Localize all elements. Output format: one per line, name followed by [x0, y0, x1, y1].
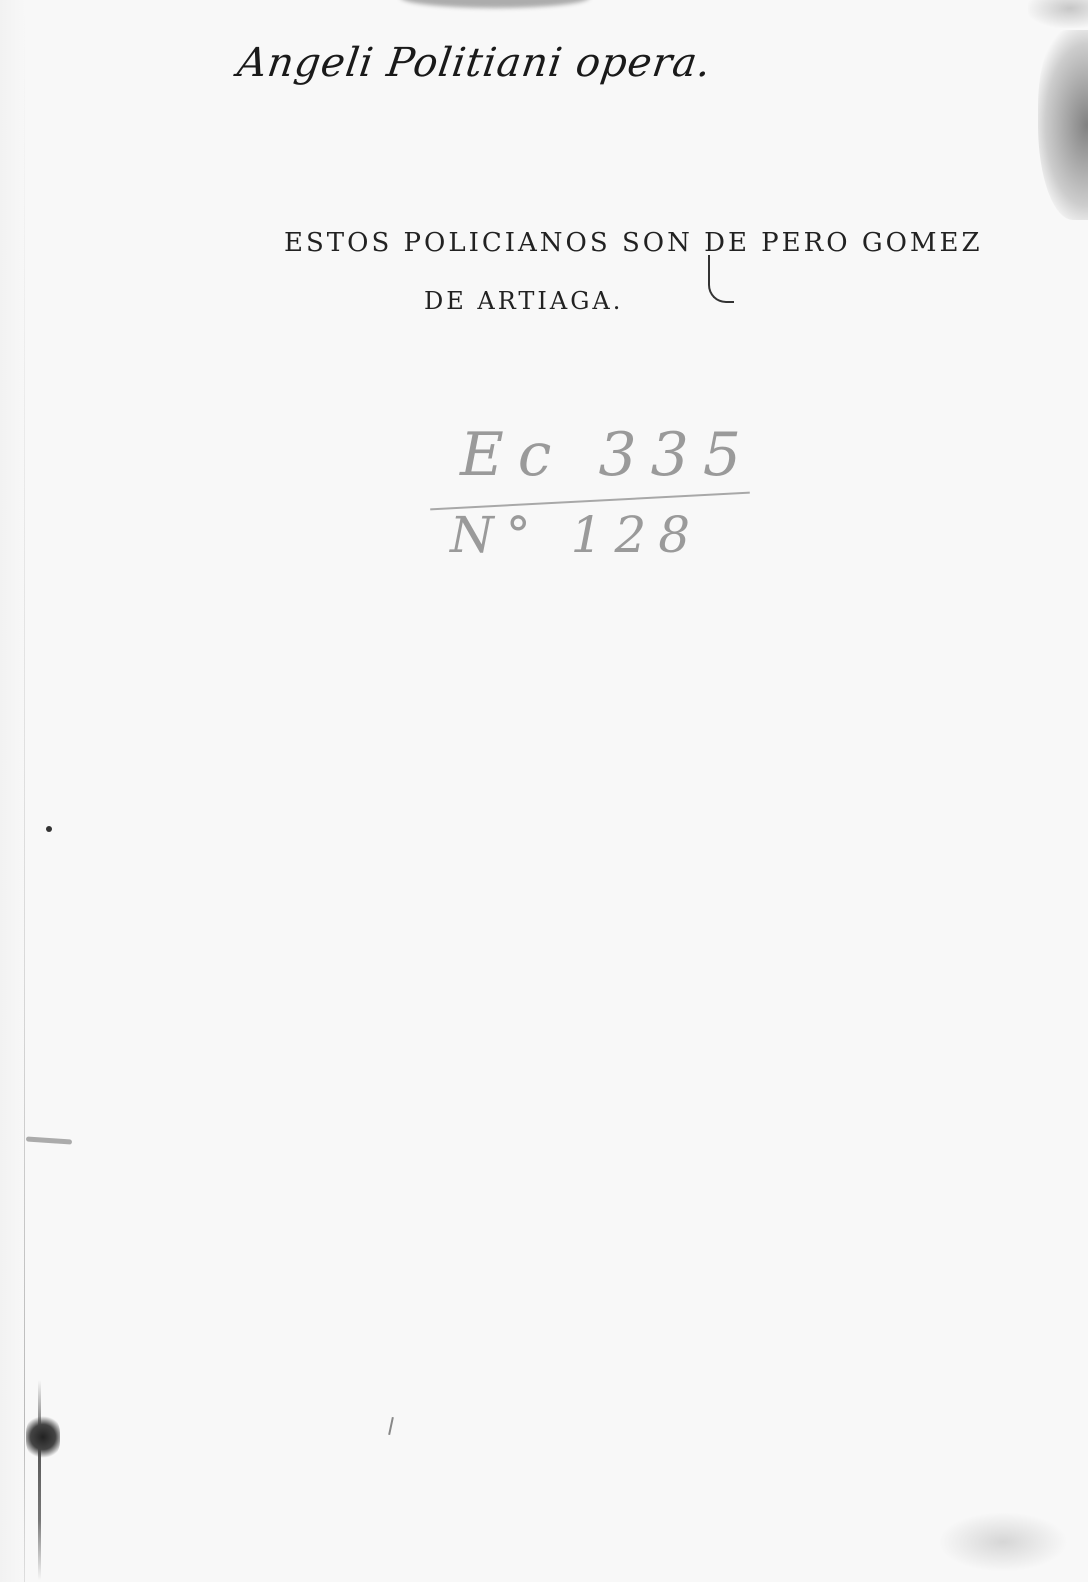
brace-mark: [708, 255, 734, 303]
shelf-mark-top: Ec 335: [460, 420, 755, 490]
ownership-note-line-2: DE ARTIAGA.: [424, 287, 623, 315]
ink-drip: [38, 1380, 41, 1580]
shelf-mark-bottom: N° 128: [450, 506, 702, 564]
page-left-edge: [0, 0, 26, 1582]
pencil-tick: [388, 1417, 394, 1435]
title-inscription: Angeli Politiani opera.: [235, 40, 801, 86]
right-top-stain: [1028, 0, 1088, 28]
ownership-note-line-1: ESTOS POLICIANOS SON DE PERO GOMEZ: [284, 228, 983, 258]
binding-gutter: [24, 0, 25, 1582]
margin-dot: [46, 826, 52, 832]
right-edge-stain: [1038, 30, 1088, 220]
bottom-right-stain: [938, 1512, 1068, 1572]
shelf-mark: Ec 335 N° 128: [420, 410, 760, 570]
ink-blot: [26, 1415, 60, 1459]
margin-mark: [26, 1136, 72, 1144]
top-smudge: [400, 0, 590, 8]
manuscript-page: Angeli Politiani opera. ESTOS POLICIANOS…: [0, 0, 1088, 1582]
